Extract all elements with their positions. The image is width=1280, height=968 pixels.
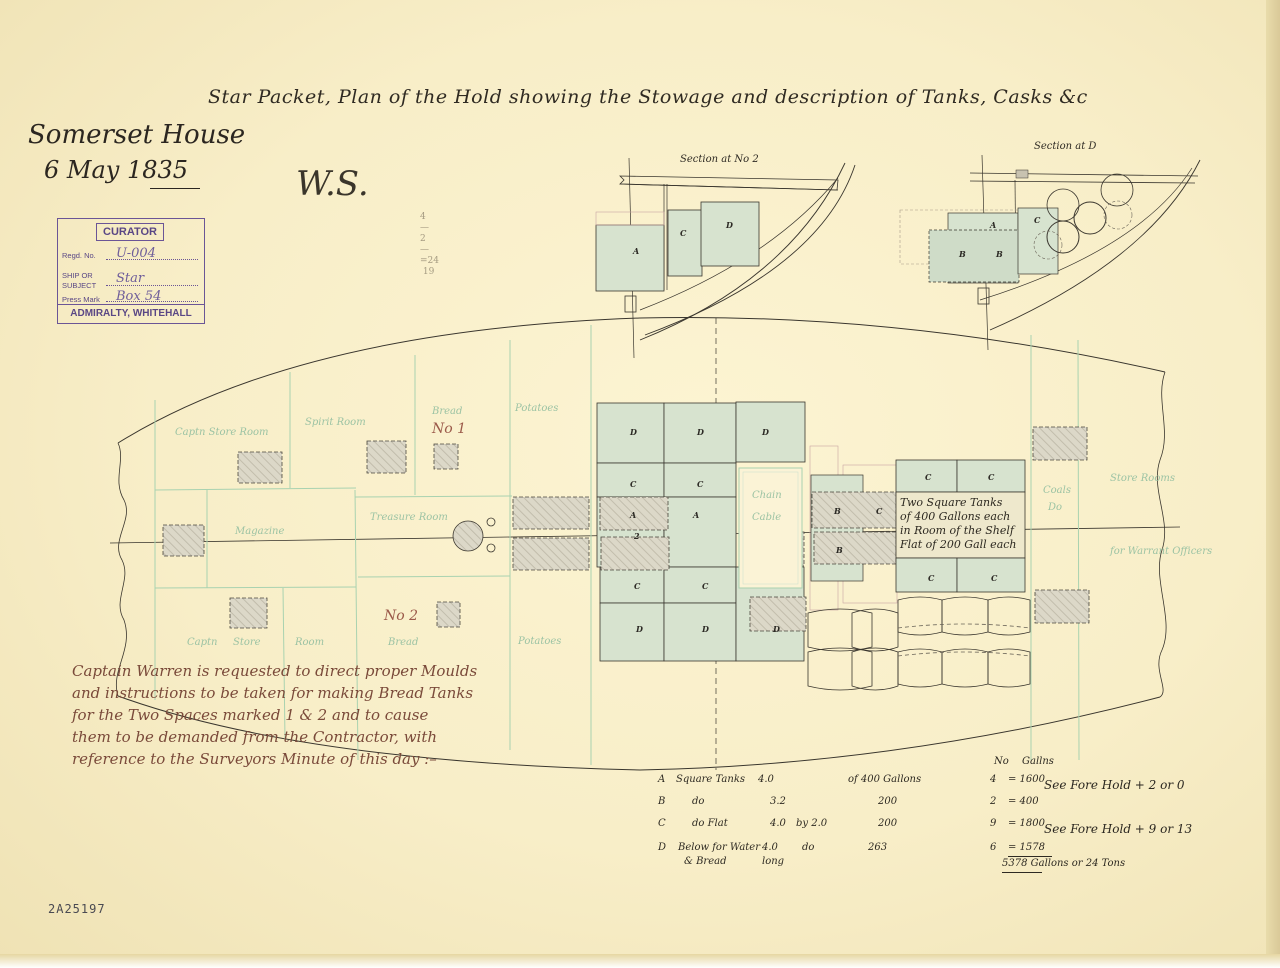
total-rule	[1008, 856, 1052, 857]
room-magazine: Magazine	[234, 526, 284, 537]
svg-text:A: A	[629, 510, 636, 520]
room-warrant-officers: for Warrant Officers	[1109, 546, 1212, 557]
tank-note-line-3: in Room of the Shelf	[900, 524, 1016, 537]
row-key: A	[658, 774, 665, 785]
tank-note-line-1: Two Square Tanks	[900, 496, 1003, 509]
row-capacity: 200	[878, 796, 897, 807]
memo-line: for the Two Spaces marked 1 & 2 and to c…	[72, 704, 672, 726]
section-d-tank-c: C	[1034, 215, 1041, 225]
schedule-row-d: D Below for Water & Bread 4.0 long do 26…	[656, 842, 1056, 856]
chain-label: Chain	[752, 490, 782, 501]
svg-text:C: C	[988, 472, 995, 482]
room-potatoes-lower: Potatoes	[517, 636, 561, 647]
row-key: B	[658, 796, 665, 807]
tank-note-line-4: Flat of 200 Gall each	[899, 538, 1017, 551]
section-no2-diagram: Section at No 2 A C D	[596, 154, 855, 358]
svg-text:C: C	[634, 581, 641, 591]
pump-well	[453, 518, 495, 552]
row-desc: do	[692, 796, 704, 807]
instruction-memo: Captain Warren is requested to direct pr…	[72, 660, 672, 770]
row-count: 2	[990, 796, 996, 807]
room-potatoes-upper: Potatoes	[514, 403, 558, 414]
row-desc: do Flat	[692, 818, 728, 829]
svg-text:B: B	[835, 545, 843, 555]
svg-text:B: B	[833, 506, 841, 516]
row-count: 9	[990, 818, 996, 829]
room-capt-store-lower-a: Captn	[187, 637, 217, 648]
svg-text:D: D	[635, 624, 643, 634]
memo-line: and instructions to be taken for making …	[72, 682, 672, 704]
section-d-tank-a: A	[989, 220, 996, 230]
row-count: 4	[990, 774, 996, 785]
row-gallons: = 1578	[1008, 842, 1045, 853]
room-coals: Coals	[1043, 485, 1071, 496]
room-bread-2: Bread	[387, 637, 418, 648]
memo-line: reference to the Surveyors Minute of thi…	[72, 748, 672, 770]
row-count: 6	[990, 842, 996, 853]
section-no2-tank-a: A	[632, 246, 639, 256]
row-key: D	[658, 842, 666, 853]
svg-text:D: D	[629, 427, 637, 437]
row-capacity: of 400 Gallons	[848, 774, 921, 785]
room-treasure: Treasure Room	[370, 512, 448, 523]
catalog-number: 2A25197	[48, 902, 106, 916]
tank-note-line-2: of 400 Gallons each	[900, 510, 1010, 523]
row-extra: do	[802, 842, 814, 853]
schedule-total: 5378 Gallons or 24 Tons	[656, 858, 1156, 872]
svg-text:D: D	[701, 624, 709, 634]
row-gallons: = 400	[1008, 796, 1039, 807]
svg-text:C: C	[630, 479, 637, 489]
room-store-rooms: Store Rooms	[1110, 473, 1175, 484]
row-dims: 4.0	[758, 774, 774, 785]
row-gallons: = 1600	[1008, 774, 1045, 785]
room-spirit: Spirit Room	[305, 417, 366, 428]
schedule-header-no: No	[994, 756, 1009, 767]
schedule-row-a: A Square Tanks 4.0 of 400 Gallons 4 = 16…	[656, 774, 1056, 788]
total-underline	[1002, 872, 1042, 873]
schedule-row-b: B do 3.2 200 2 = 400	[656, 796, 1056, 810]
room-bread-2-number: No 2	[383, 608, 418, 624]
svg-text:C: C	[697, 479, 704, 489]
room-bread-1-number: No 1	[431, 421, 466, 437]
svg-text:C: C	[991, 573, 998, 583]
room-capt-store-lower-b: Store	[233, 637, 261, 648]
schedule-row-c: C do Flat 4.0 by 2.0 200 9 = 1800	[656, 818, 1056, 832]
schedule-header-gallons: Gallns	[1022, 756, 1054, 767]
section-d-diagram: Section at D A B B C	[900, 141, 1200, 350]
row-dims: 3.2	[770, 796, 786, 807]
section-no2-tank-d: D	[725, 220, 733, 230]
side-note-fore-hold-2: See Fore Hold + 9 or 13	[1044, 822, 1192, 836]
row-capacity: 263	[868, 842, 887, 853]
row-desc: Below for Water	[678, 842, 760, 853]
svg-text:D: D	[761, 427, 769, 437]
section-d-tank-b1: B	[958, 249, 966, 259]
memo-line: them to be demanded from the Contractor,…	[72, 726, 672, 748]
row-dims: 4.0	[762, 842, 778, 853]
svg-text:D: D	[696, 427, 704, 437]
chain-cable-locker: Chain Cable	[739, 468, 802, 588]
two-square-tanks-note: Two Square Tanks of 400 Gallons each in …	[899, 496, 1017, 551]
casks	[808, 597, 1030, 690]
cable-label: Cable	[752, 512, 781, 523]
room-capt-store-upper: Captn Store Room	[175, 427, 268, 438]
section-d-tank-b2: B	[995, 249, 1003, 259]
memo-line: Captain Warren is requested to direct pr…	[72, 660, 672, 682]
section-d-label: Section at D	[1034, 141, 1096, 152]
svg-text:D: D	[772, 624, 780, 634]
row-desc: Square Tanks	[676, 774, 745, 785]
side-note-fore-hold-1: See Fore Hold + 2 or 0	[1044, 778, 1185, 792]
svg-text:C: C	[925, 472, 932, 482]
svg-text:2: 2	[633, 531, 640, 541]
svg-text:C: C	[702, 581, 709, 591]
tank-block-centre: B C B	[810, 446, 897, 610]
svg-text:A: A	[692, 510, 699, 520]
room-coals-ditto: Do	[1047, 502, 1062, 513]
row-dims2: by 2.0	[796, 818, 827, 829]
row-capacity: 200	[878, 818, 897, 829]
row-key: C	[658, 818, 666, 829]
row-dims: 4.0	[770, 818, 786, 829]
row-gallons: = 1800	[1008, 818, 1045, 829]
svg-text:C: C	[876, 506, 883, 516]
section-no2-tank-c: C	[680, 228, 687, 238]
section-no2-label: Section at No 2	[680, 154, 759, 165]
room-capt-store-lower-c: Room	[294, 637, 324, 648]
total-gallons: 5378 Gallons or 24 Tons	[1002, 858, 1125, 869]
svg-text:C: C	[928, 573, 935, 583]
room-bread-1: Bread	[431, 406, 462, 417]
